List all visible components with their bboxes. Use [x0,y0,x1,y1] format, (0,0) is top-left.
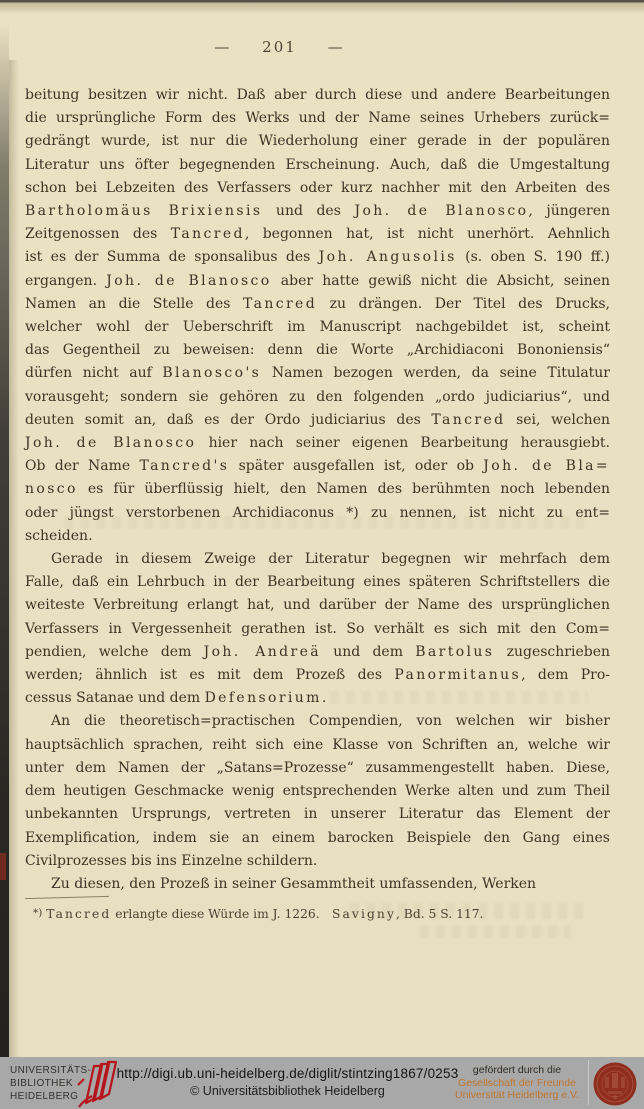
university-seal-icon [593,1062,637,1106]
text-line: Zeitgenossen des Tancred, begonnen hat, … [25,223,610,246]
bleed-through-smudge [420,925,570,938]
text-line: Civilprozesses bis ins Einzelne schilder… [25,850,610,873]
text-line: ergangen. Joh. de Blanosco aber hatte ge… [25,270,610,293]
page-number: — 201 — [214,38,344,56]
text-line: welcher wohl der Ueberschrift im Manuscr… [25,316,610,339]
text-line: Bartholomäus Brixiensis und des Joh. de … [25,200,610,223]
scan-left-edge [0,24,9,1057]
page-header: — 201 — [0,38,572,56]
text-line: die ursprüngliche Form des Werks und der… [25,107,610,130]
text-line: pendien, welche dem Joh. Andreä und dem … [25,641,610,664]
scanned-page-view: — 201 — beitung besitzen wir nicht. Daß … [0,0,644,1109]
text-line: Joh. de Blanosco hier nach seiner eigene… [25,432,610,455]
copyright-line: © Universitätsbibliothek Heidelberg [115,1084,460,1098]
footer-bar: UNIVERSITÄTS- BIBLIOTHEK HEIDELBERG http… [0,1057,644,1109]
text-line: An die theoretisch=practischen Compendie… [25,710,610,733]
text-line: Gerade in diesem Zweige der Literatur be… [25,548,610,571]
text-line: dem heutigen Geschmacke wenig entspreche… [25,780,610,803]
text-line: Verfassers in Vergessenheit gerathen ist… [25,618,610,641]
text-line: scheiden. [25,525,610,548]
text-line: vorausgeht; sondern sie gehören zu den f… [25,386,610,409]
footer-divider [588,1060,589,1105]
text-line: gedrängt wurde, ist nur die Wiederholung… [25,130,610,153]
text-line: ist es der Summa de sponsalibus des Joh.… [25,246,610,269]
text-line: hauptsächlich sprachen, reiht sich eine … [25,734,610,757]
scan-top-edge [0,0,644,14]
funding-line: gefördert durch die [452,1064,582,1077]
text-line: Zu diesen, den Prozeß in seiner Gesammth… [25,873,610,896]
text-line: oder jüngst verstorbenen Archidiaconus *… [25,502,610,525]
text-line: nosco es für überflüssig hielt, den Name… [25,478,610,501]
text-block: beitung besitzen wir nicht. Daß aber dur… [25,84,610,896]
funding-line: Universität Heidelberg e.V. [452,1089,582,1102]
scan-edge-mark [0,853,6,880]
text-line: Ob der Name Tancred's später ausgefallen… [25,455,610,478]
text-line: unter dem Namen der „Satans=Prozesse“ zu… [25,757,610,780]
text-line: cessus Satanae und dem Defensorium. [25,687,610,710]
text-line: Namen an die Stelle des Tancred zu dräng… [25,293,610,316]
url-block: http://digi.ub.uni-heidelberg.de/diglit/… [115,1066,460,1098]
funding-line: Gesellschaft der Freunde [452,1077,582,1090]
text-line: das Gegentheil zu beweisen: denn die Wor… [25,339,610,362]
text-line: Literatur uns öfter begegnenden Erschein… [25,154,610,177]
footnote: *) Tancred erlangte diese Würde im J. 12… [33,906,593,923]
footnote-rule [25,896,109,899]
text-line: werden; ähnlich ist es mit dem Prozeß de… [25,664,610,687]
funding-note: gefördert durch die Gesellschaft der Fre… [452,1064,582,1102]
text-line: schon bei Lebzeiten des Verfassers oder … [25,177,610,200]
scan-left-shadow [9,60,19,1057]
document-url: http://digi.ub.uni-heidelberg.de/diglit/… [115,1066,460,1081]
text-line: unbekannten Ursprungs, vertreten in unse… [25,803,610,826]
text-line: dürfen nicht auf Blanosco's Namen bezoge… [25,362,610,385]
text-line: weiteste Verbreitung erlangt hat, und da… [25,594,610,617]
footnote-marker: *) [33,907,42,919]
book-page: — 201 — beitung besitzen wir nicht. Daß … [0,0,644,1057]
text-line: beitung besitzen wir nicht. Daß aber dur… [25,84,610,107]
text-line: Exemplification, indem sie an einem baro… [25,827,610,850]
text-line: Falle, daß ein Lehrbuch in der Bearbeitu… [25,571,610,594]
text-line: deuten somit an, daß es der Ordo judicia… [25,409,610,432]
